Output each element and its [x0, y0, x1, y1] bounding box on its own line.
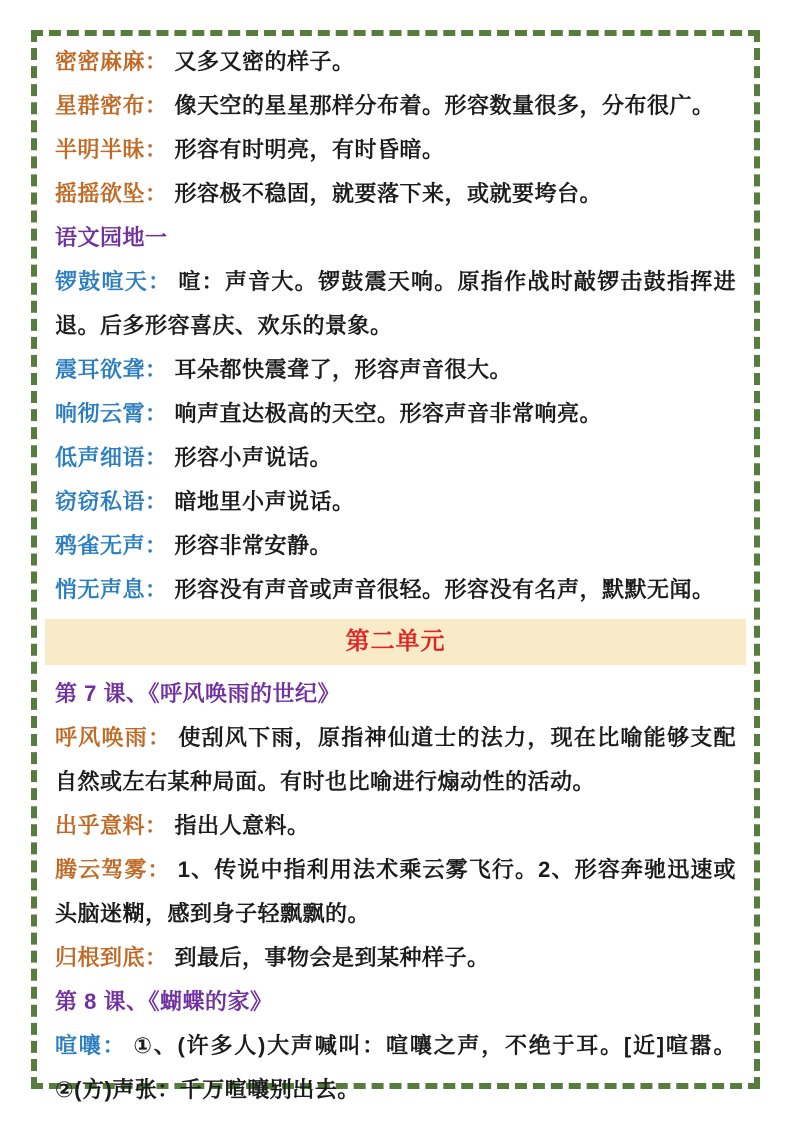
vocab-definition: 形容非常安静。: [175, 533, 333, 558]
vocab-entry: 喧嚷：①、(许多人)大声喊叫：喧嚷之声，不绝于耳。[近]喧嚣。②(方)声张：千万…: [43, 1024, 748, 1112]
lesson-heading-7: 第 7 课、《呼风唤雨的世纪》: [43, 672, 748, 716]
vocab-entry: 星群密布：像天空的星星那样分布着。形容数量很多，分布很广。: [43, 84, 748, 128]
vocab-entry: 呼风唤雨：使刮风下雨，原指神仙道士的法力，现在比喻能够支配自然或左右某种局面。有…: [43, 716, 748, 804]
vocab-definition: 耳朵都快震聋了，形容声音很大。: [175, 357, 513, 382]
vocab-entry: 鸦雀无声：形容非常安静。: [43, 524, 748, 568]
vocab-term: 悄无声息：: [55, 577, 168, 602]
vocab-entry: 窃窃私语：暗地里小声说话。: [43, 480, 748, 524]
unit-banner: 第二单元: [45, 619, 746, 665]
vocab-entry: 响彻云霄：响声直达极高的天空。形容声音非常响亮。: [43, 392, 748, 436]
vocab-definition: 形容极不稳固，就要落下来，或就要垮台。: [175, 181, 603, 206]
vocab-definition: 又多又密的样子。: [175, 49, 355, 74]
vocab-entry: 悄无声息：形容没有声音或声音很轻。形容没有名声，默默无闻。: [43, 568, 748, 612]
vocab-entry: 密密麻麻：又多又密的样子。: [43, 40, 748, 84]
vocab-term: 摇摇欲坠：: [55, 181, 168, 206]
vocab-term: 腾云驾雾：: [55, 857, 171, 882]
vocab-definition: ①、(许多人)大声喊叫：喧嚷之声，不绝于耳。[近]喧嚣。②(方)声张：千万喧嚷别…: [55, 1033, 736, 1102]
vocab-entry: 摇摇欲坠：形容极不稳固，就要落下来，或就要垮台。: [43, 172, 748, 216]
vocab-term: 星群密布：: [55, 93, 168, 118]
vocab-definition: 指出人意料。: [175, 813, 310, 838]
vocab-entry: 腾云驾雾：1、传说中指利用法术乘云雾飞行。2、形容奔驰迅速或头脑迷糊，感到身子轻…: [43, 848, 748, 936]
unit-banner-title: 第二单元: [346, 628, 446, 655]
vocab-definition: 像天空的星星那样分布着。形容数量很多，分布很广。: [175, 93, 715, 118]
vocab-term: 喧嚷：: [55, 1033, 126, 1058]
study-sheet-page: 密密麻麻：又多又密的样子。 星群密布：像天空的星星那样分布着。形容数量很多，分布…: [0, 0, 793, 1122]
vocab-entry: 半明半昧：形容有时明亮，有时昏暗。: [43, 128, 748, 172]
vocab-term: 半明半昧：: [55, 137, 168, 162]
vocab-term: 低声细语：: [55, 445, 168, 470]
vocab-term: 归根到底：: [55, 945, 168, 970]
vocab-entry: 震耳欲聋：耳朵都快震聋了，形容声音很大。: [43, 348, 748, 392]
vocab-term: 响彻云霄：: [55, 401, 168, 426]
vocab-entry: 出乎意料：指出人意料。: [43, 804, 748, 848]
section-heading-yuwen-yuandi-1: 语文园地一: [43, 216, 748, 260]
vocab-definition: 到最后，事物会是到某种样子。: [175, 945, 490, 970]
vocab-definition: 形容有时明亮，有时昏暗。: [175, 137, 445, 162]
vocab-term: 密密麻麻：: [55, 49, 168, 74]
vocab-definition: 形容小声说话。: [175, 445, 333, 470]
vocab-term: 锣鼓喧天：: [55, 269, 171, 294]
vocab-term: 鸦雀无声：: [55, 533, 168, 558]
vocab-definition: 形容没有声音或声音很轻。形容没有名声，默默无闻。: [175, 577, 715, 602]
vocab-entry: 锣鼓喧天：喧：声音大。锣鼓震天响。原指作战时敲锣击鼓指挥进退。后多形容喜庆、欢乐…: [43, 260, 748, 348]
vocab-definition: 响声直达极高的天空。形容声音非常响亮。: [175, 401, 603, 426]
lesson-heading-8: 第 8 课、《蝴蝶的家》: [43, 980, 748, 1024]
vocab-term: 震耳欲聋：: [55, 357, 168, 382]
vocabulary-list: 密密麻麻：又多又密的样子。 星群密布：像天空的星星那样分布着。形容数量很多，分布…: [43, 40, 748, 1112]
vocab-definition: 暗地里小声说话。: [175, 489, 355, 514]
vocab-entry: 低声细语：形容小声说话。: [43, 436, 748, 480]
vocab-entry: 归根到底：到最后，事物会是到某种样子。: [43, 936, 748, 980]
vocab-term: 呼风唤雨：: [55, 725, 171, 750]
vocab-term: 窃窃私语：: [55, 489, 168, 514]
vocab-term: 出乎意料：: [55, 813, 168, 838]
